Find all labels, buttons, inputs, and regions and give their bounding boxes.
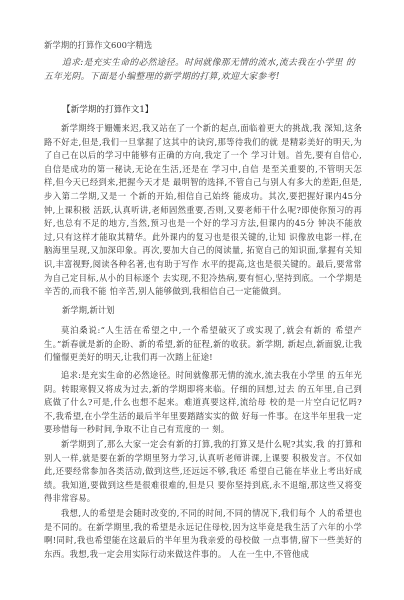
paragraph-5: 我想,人的希望是会随时改变的,不同的时间,不同的情况下,我们每个 人的希望也是不… <box>44 507 362 561</box>
paragraph-1: 新学期终于姗姗来迟,我又站在了一个新的起点,面临着更大的挑战,我 深知,这条路不… <box>44 122 362 299</box>
paragraph-4: 新学期到了,那么大家一定会有新的打算,我的打算又是什么呢?其实,我 的打算和别人… <box>44 438 362 506</box>
section-heading: 【新学期的打算作文1】 <box>62 104 153 116</box>
intro-paragraph: 追求:是充实生命的必然途径。时间就像那无情的流水,流去我在小学里 的五年光阴。下… <box>44 57 362 84</box>
paragraph-3: 追求:是充实生命的必然途径。时间就像那无情的流水,流去我在小学里 的五年光阴。转… <box>44 369 362 437</box>
document-title: 新学期的打算作文600字精选 <box>44 40 152 51</box>
subheading: 新学期,新计划 <box>62 304 114 316</box>
paragraph-2: 莫泊桑说:“人生活在希望之中,一个希望破灭了或实现了,就会有新的 希望产生。”新… <box>44 324 362 365</box>
document-page: 新学期的打算作文600字精选 追求:是充实生命的必然途径。时间就像那无情的流水,… <box>0 0 404 600</box>
